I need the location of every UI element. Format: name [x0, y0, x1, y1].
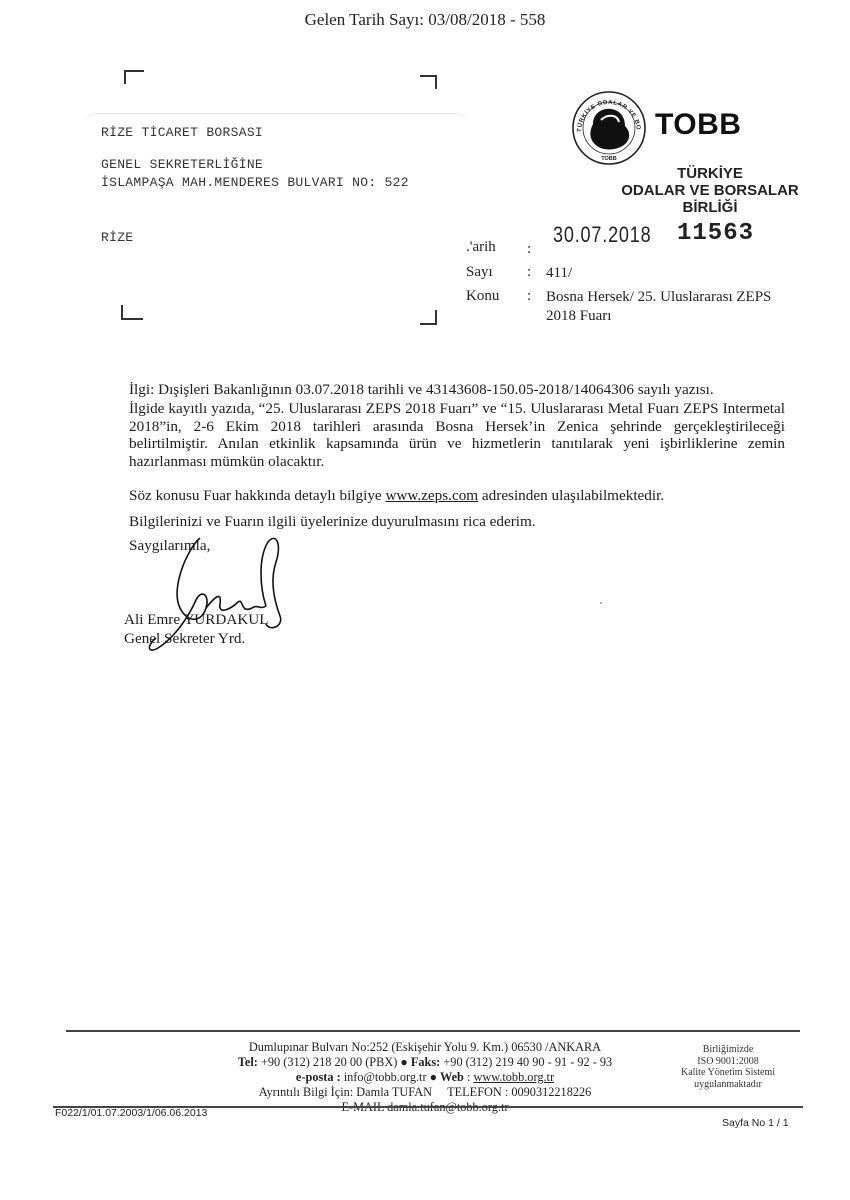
- tobb-website-link[interactable]: www.tobb.org.tr: [473, 1070, 554, 1084]
- recipient-address: İSLAMPAŞA MAH.MENDERES BULVARI NO: 522: [101, 175, 409, 190]
- footer-phone-fax: Tel: +90 (312) 218 20 00 (PBX) ● Faks: +…: [220, 1055, 630, 1070]
- iso-line-3: Kalite Yönetim Sistemi: [658, 1067, 798, 1079]
- footer-contact-email[interactable]: E-MAIL damla.tufan@tobb.org.tr: [220, 1100, 630, 1115]
- subject-value: Bosna Hersek/ 25. Uluslararası ZEPS 2018…: [546, 288, 771, 326]
- tel-label: Tel:: [238, 1055, 258, 1069]
- address-corner-top-right: [420, 75, 437, 89]
- subject-label: Konu: [466, 288, 499, 305]
- p2-text-after: adresinden ulaşılabilmektedir.: [478, 487, 664, 504]
- email-value[interactable]: info@tobb.org.tr: [341, 1070, 430, 1084]
- scan-speck: [600, 602, 602, 604]
- footer-email-web: e-posta : info@tobb.org.tr ● Web : www.t…: [220, 1070, 630, 1085]
- footer-contact-person: Ayrıntılı Bilgi İçin: Damla TUFAN TELEFO…: [220, 1085, 630, 1100]
- date-stamp: 30.07.2018: [553, 222, 651, 248]
- incoming-registry-stamp: Gelen Tarih Sayı: 03/08/2018 - 558: [0, 10, 850, 30]
- email-label: e-posta :: [296, 1070, 341, 1084]
- recipient-department: GENEL SEKRETERLİĞİNE: [101, 157, 263, 172]
- address-corner-bottom-right: [420, 310, 437, 325]
- recipient-city: RİZE: [101, 230, 133, 245]
- reference-line: İlgi: Dışişleri Bakanlığının 03.07.2018 …: [129, 381, 785, 399]
- iso-certification-note: Birliğimizde ISO 9001:2008 Kalite Yöneti…: [658, 1044, 798, 1090]
- seal-bottom-text: TOBB: [601, 156, 617, 162]
- organization-name: TÜRKİYE ODALAR VE BORSALAR BİRLİĞİ: [600, 165, 800, 216]
- recipient-name: RİZE TİCARET BORSASI: [101, 125, 263, 140]
- org-line-1: TÜRKİYE: [620, 165, 800, 182]
- date-label: .'arih: [466, 239, 496, 256]
- subject-line-2: 2018 Fuarı: [546, 307, 771, 326]
- fax-label: Faks:: [408, 1055, 440, 1069]
- footer-contact-block: Dumlupınar Bulvarı No:252 (Eskişehir Yol…: [220, 1040, 630, 1115]
- footer-top-rule: [66, 1030, 800, 1032]
- zeps-website-link[interactable]: www.zeps.com: [385, 487, 478, 504]
- subject-colon: :: [527, 288, 531, 305]
- date-colon: :: [527, 241, 531, 258]
- iso-line-2: ISO 9001:2008: [658, 1056, 798, 1068]
- form-code: F022/1/01.07.2003/1/06.06.2013: [55, 1107, 207, 1119]
- web-label: Web: [437, 1070, 464, 1084]
- tobb-seal-icon: TÜRKİYE ODALAR VE BORSALAR BİRLİĞİ TOBB: [571, 90, 647, 166]
- footer-address: Dumlupınar Bulvarı No:252 (Eskişehir Yol…: [220, 1040, 630, 1055]
- iso-line-4: uygulanmaktadır: [658, 1079, 798, 1091]
- number-value: 411/: [546, 264, 572, 283]
- handwritten-signature-icon: [140, 528, 310, 673]
- body-paragraph-1: İlgide kayıtlı yazıda, “25. Uluslararası…: [129, 400, 785, 470]
- body-paragraph-2: Söz konusu Fuar hakkında detaylı bilgiye…: [129, 487, 785, 505]
- p2-text-before: Söz konusu Fuar hakkında detaylı bilgiye: [129, 487, 385, 504]
- address-corner-top-left: [124, 70, 144, 84]
- number-label: Sayı: [466, 264, 493, 281]
- bullet-icon: ●: [400, 1055, 407, 1069]
- bullet-icon: ●: [430, 1070, 437, 1084]
- org-line-3: BİRLİĞİ: [620, 199, 800, 216]
- fax-value: +90 (312) 219 40 90 - 91 - 92 - 93: [440, 1055, 612, 1069]
- subject-line-1: Bosna Hersek/ 25. Uluslararası ZEPS: [546, 288, 771, 307]
- address-corner-bottom-left: [121, 305, 143, 320]
- number-colon: :: [527, 264, 531, 281]
- page-number: Sayfa No 1 / 1: [722, 1117, 789, 1129]
- iso-line-1: Birliğimizde: [658, 1044, 798, 1056]
- tobb-wordmark: TOBB: [655, 108, 741, 142]
- tel-value: +90 (312) 218 20 00 (PBX): [258, 1055, 401, 1069]
- org-line-2: ODALAR VE BORSALAR: [620, 182, 800, 199]
- document-number-stamp: 11563: [677, 220, 754, 247]
